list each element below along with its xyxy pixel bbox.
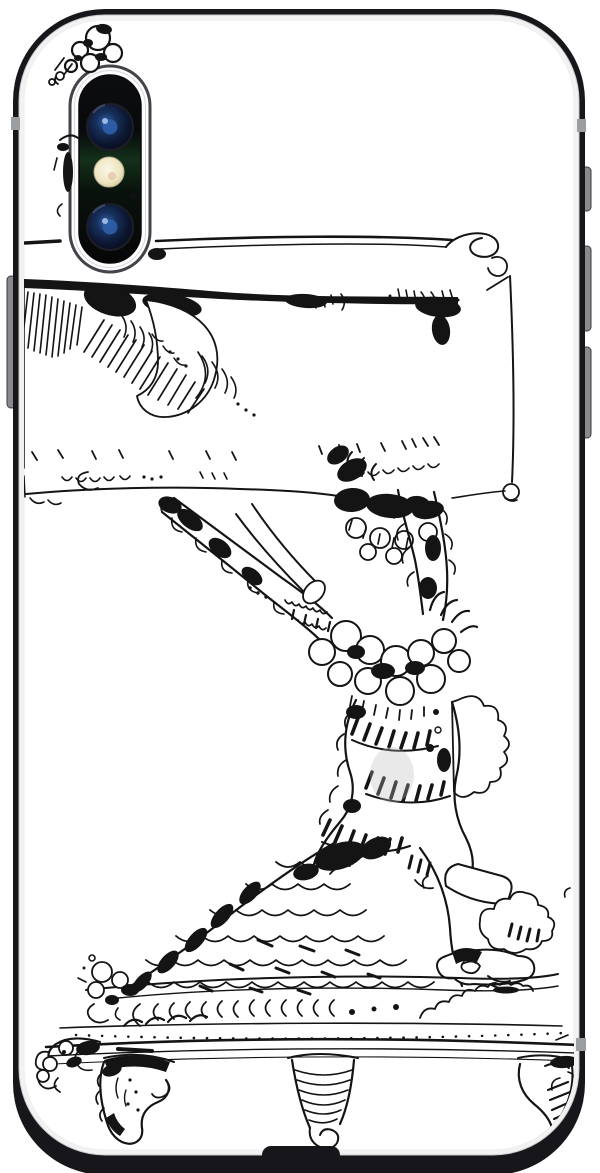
top-lens — [87, 104, 133, 150]
rear-mic-hole — [130, 193, 136, 199]
phone-case-product-photo — [0, 0, 600, 1173]
antenna-band-left — [11, 117, 20, 130]
camera-module — [70, 66, 150, 272]
flash-led — [94, 157, 124, 187]
bottom-lens — [87, 204, 133, 250]
phone-back-illustration — [0, 0, 600, 1173]
antenna-band-right-bottom — [576, 1038, 586, 1051]
antenna-band-right — [577, 119, 586, 132]
